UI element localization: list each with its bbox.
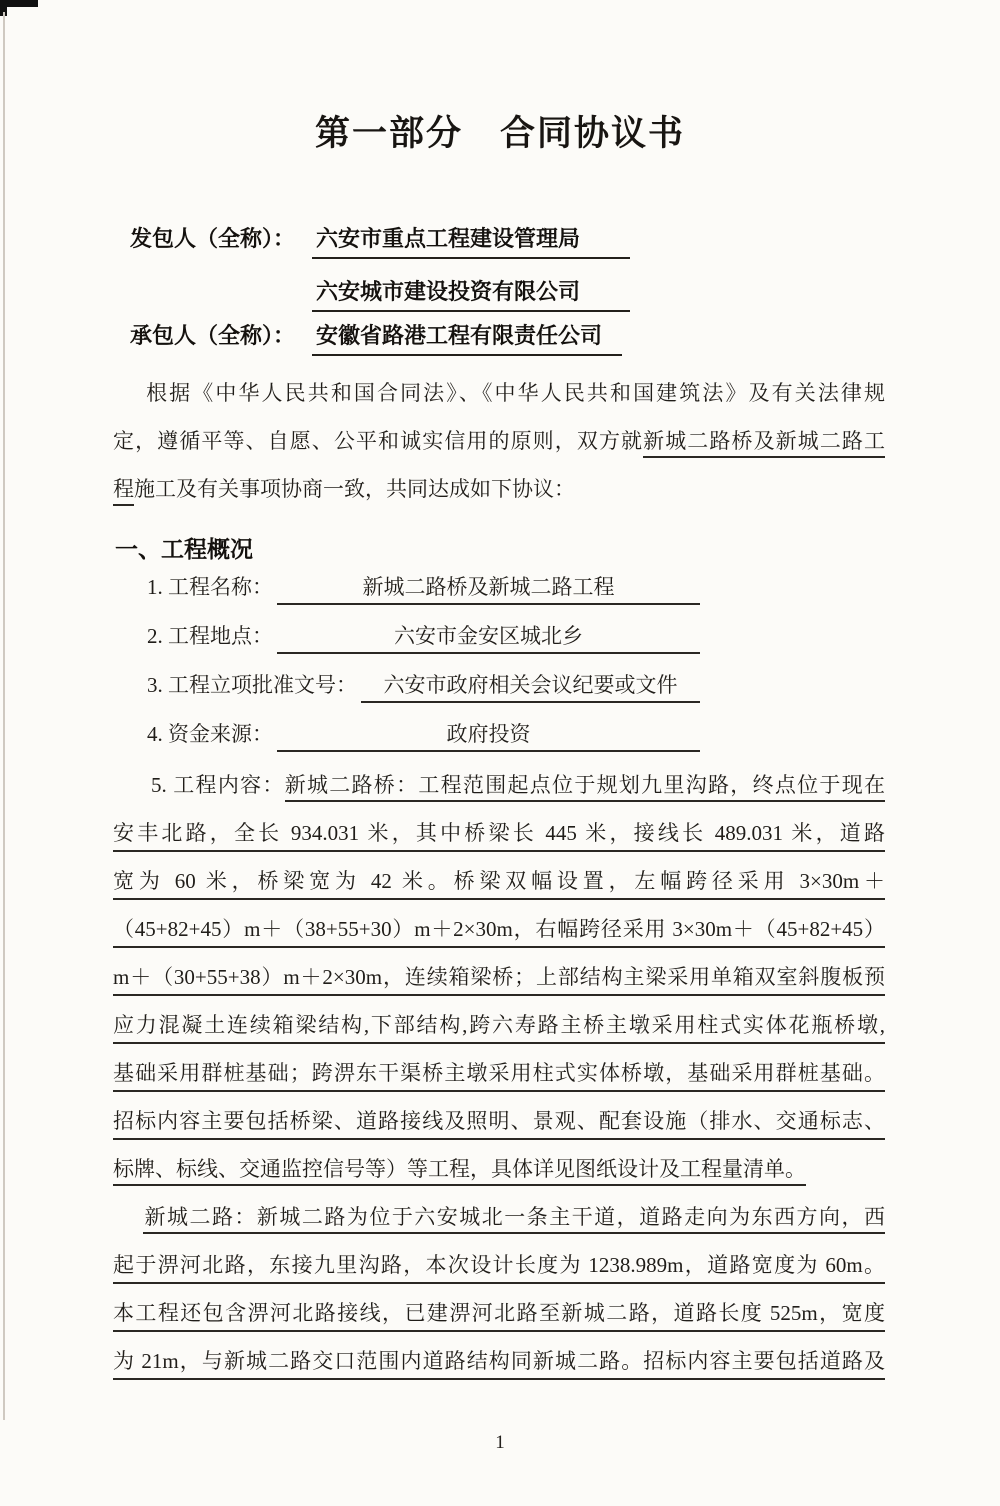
item-2-label: 2. 工程地点： — [147, 623, 277, 654]
item-1-label: 1. 工程名称： — [147, 574, 277, 605]
overview-items: 1. 工程名称： 新城二路桥及新城二路工程 2. 工程地点： 六安市金安区城北乡… — [147, 566, 700, 762]
road-line-3: 本工程还包含淠河北路接线，已建淠河北路至新城二路，道路长度 525m，宽度 — [113, 1292, 885, 1340]
item-1-value: 新城二路桥及新城二路工程 — [277, 574, 700, 605]
item-approval-number: 3. 工程立项批准文号： 六安市政府相关会议纪要或文件 — [147, 664, 700, 713]
section-heading-overview: 一、工程概况 — [115, 531, 253, 564]
item5-line-9: 标牌、标线、交通监控信号等）等工程，具体详见图纸设计及工程量清单。 — [113, 1148, 885, 1196]
employer-name-1: 六安市重点工程建设管理局 — [312, 222, 630, 259]
road-line-first: 新城二路：新城二路为位于六安城北一条主干道，道路走向为东西方向，西 — [113, 1196, 885, 1244]
item-4-value: 政府投资 — [277, 721, 700, 752]
road-paragraph: 新城二路：新城二路为位于六安城北一条主干道，道路走向为东西方向，西 起于淠河北路… — [113, 1196, 885, 1388]
contractor-line: 承包人（全称）：安徽省路港工程有限责任公司 — [130, 319, 622, 356]
item-3-value: 六安市政府相关会议纪要或文件 — [361, 672, 700, 703]
underlined-project-name: 新城二路桥及新城二路工 — [643, 429, 885, 458]
scan-corner-artifact — [0, 0, 38, 7]
preamble-line-3: 程施工及有关事项协商一致，共同达成如下协议： — [113, 468, 885, 516]
item-4-label: 4. 资金来源： — [147, 721, 277, 752]
item-5-bridge-paragraph: 5. 工程内容：新城二路桥：工程范围起点位于规划九里沟路，终点位于现在 安丰北路… — [113, 764, 885, 1196]
underlined-project-name-cont: 程 — [113, 477, 134, 506]
item-2-value: 六安市金安区城北乡 — [277, 623, 700, 654]
preamble-line-2: 定，遵循平等、自愿、公平和诚实信用的原则，双方就新城二路桥及新城二路工 — [113, 420, 885, 468]
road-line-2: 起于淠河北路，东接九里沟路，本次设计长度为 1238.989m，道路宽度为 60… — [113, 1244, 885, 1292]
item-project-location: 2. 工程地点： 六安市金安区城北乡 — [147, 615, 700, 664]
road-line-4: 为 21m，与新城二路交口范围内道路结构同新城二路。招标内容主要包括道路及 — [113, 1340, 885, 1388]
page-number: 1 — [0, 1432, 1000, 1454]
employer-label: 发包人（全称）： — [130, 222, 312, 253]
scan-edge-line-artifact — [3, 12, 5, 1420]
item-5-label: 5. 工程内容： — [151, 773, 285, 797]
item-funding-source: 4. 资金来源： 政府投资 — [147, 713, 700, 762]
scanned-contract-page: 第一部分 合同协议书 发包人（全称）：六安市重点工程建设管理局 六安城市建设投资… — [0, 0, 1000, 1506]
employer-line-2: 六安城市建设投资有限公司 — [130, 275, 630, 312]
item5-line-2: 安丰北路，全长 934.031 米，其中桥梁长 445 米，接线长 489.03… — [113, 812, 885, 860]
employer-name-2: 六安城市建设投资有限公司 — [312, 275, 630, 312]
employer-line-1: 发包人（全称）：六安市重点工程建设管理局 — [130, 222, 630, 259]
item5-line-3: 宽为 60 米，桥梁宽为 42 米。桥梁双幅设置，左幅跨径采用 3×30m＋ — [113, 860, 885, 908]
item5-line-6: 应力混凝土连续箱梁结构,下部结构,跨六寿路主桥主墩采用柱式实体花瓶桥墩, — [113, 1004, 885, 1052]
item5-line-8: 招标内容主要包括桥梁、道路接线及照明、景观、配套设施（排水、交通标志、 — [113, 1100, 885, 1148]
item-project-name: 1. 工程名称： 新城二路桥及新城二路工程 — [147, 566, 700, 615]
item5-line-7: 基础采用群桩基础；跨淠东干渠桥主墩采用柱式实体桥墩，基础采用群桩基础。 — [113, 1052, 885, 1100]
preamble-paragraph: 根据《中华人民共和国合同法》、《中华人民共和国建筑法》及有关法律规 定，遵循平等… — [113, 372, 885, 516]
item5-line-4: （45+82+45）m＋（38+55+30）m＋2×30m，右幅跨径采用 3×3… — [113, 908, 885, 956]
contractor-label: 承包人（全称）： — [130, 319, 312, 350]
item5-line-first: 5. 工程内容：新城二路桥：工程范围起点位于规划九里沟路，终点位于现在 — [113, 764, 885, 812]
item-3-label: 3. 工程立项批准文号： — [147, 672, 361, 703]
item5-line-5: m＋（30+55+38）m＋2×30m，连续箱梁桥；上部结构主梁采用单箱双室斜腹… — [113, 956, 885, 1004]
preamble-line-1: 根据《中华人民共和国合同法》、《中华人民共和国建筑法》及有关法律规 — [113, 372, 885, 420]
document-title: 第一部分 合同协议书 — [0, 106, 1000, 156]
contractor-name: 安徽省路港工程有限责任公司 — [312, 319, 622, 356]
